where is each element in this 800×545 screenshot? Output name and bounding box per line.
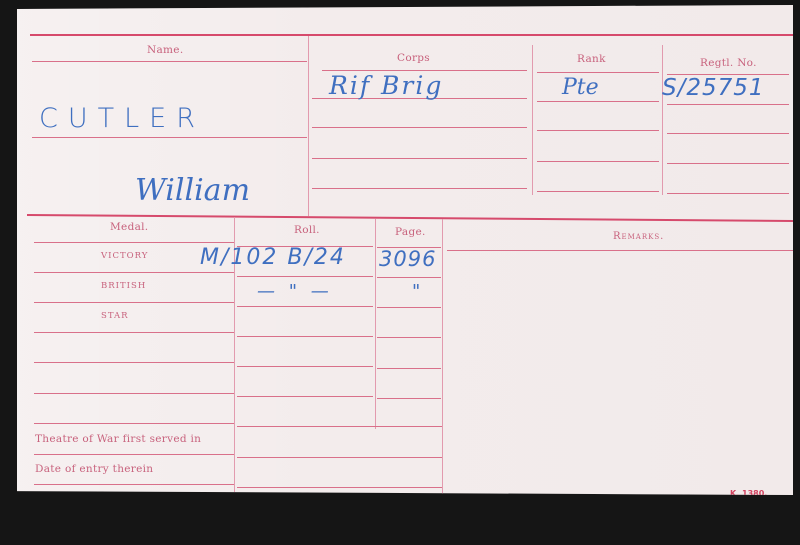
british-page-entry: " xyxy=(412,281,420,302)
rank-rule-2 xyxy=(537,101,659,102)
page-rule-2 xyxy=(377,277,441,278)
medal-rule-8 xyxy=(34,454,234,455)
corps-entry: Rif Brig xyxy=(329,71,443,100)
victory-page-entry: 3096 xyxy=(379,247,436,271)
page-header: Page. xyxy=(395,226,426,238)
regt-rule-2 xyxy=(667,104,789,105)
corps-header: Corps xyxy=(397,52,430,64)
regt-no-entry: S/25751 xyxy=(662,75,765,101)
rank-regt-divider xyxy=(662,45,663,195)
roll-rule-9 xyxy=(237,487,442,488)
page-rule-5 xyxy=(377,368,441,369)
page-rule-4 xyxy=(377,337,441,338)
corps-rule-3 xyxy=(312,127,527,128)
medal-label-victory: Victory xyxy=(101,251,148,261)
name-header: Name. xyxy=(147,44,183,56)
name-rule-1 xyxy=(32,61,307,62)
medal-rule-9 xyxy=(34,484,234,485)
name-rule-2 xyxy=(32,137,307,138)
name-corps-divider xyxy=(308,36,309,216)
medal-rule-3 xyxy=(34,302,234,303)
medal-rule-4 xyxy=(34,332,234,333)
corps-rank-divider xyxy=(532,45,533,195)
roll-rule-6 xyxy=(237,396,373,397)
roll-header: Roll. xyxy=(294,224,320,236)
surname-entry: CUTLER xyxy=(39,103,205,134)
top-rule xyxy=(30,34,793,36)
forename-entry: William xyxy=(135,173,250,208)
corps-rule-5 xyxy=(312,188,527,189)
medal-rule-5 xyxy=(34,362,234,363)
regt-rule-4 xyxy=(667,163,789,164)
roll-rule-5 xyxy=(237,366,373,367)
british-roll-entry: — " — xyxy=(257,281,333,302)
rank-rule-4 xyxy=(537,161,659,162)
page-rule-3 xyxy=(377,307,441,308)
medal-rule-6 xyxy=(34,393,234,394)
regt-no-header: Regtl. No. xyxy=(700,57,757,69)
rank-header: Rank xyxy=(577,53,606,65)
corps-rule-4 xyxy=(312,158,527,159)
medal-label-star: Star xyxy=(101,311,129,321)
medal-rule-7 xyxy=(34,423,234,424)
roll-rule-4 xyxy=(237,336,373,337)
roll-page-divider xyxy=(375,219,376,429)
regt-rule-5 xyxy=(667,193,789,194)
page-rule-6 xyxy=(377,398,441,399)
victory-roll-entry: M/102 B/24 xyxy=(200,245,346,270)
roll-rule-3 xyxy=(237,306,373,307)
roll-rule-2 xyxy=(237,276,373,277)
rank-rule-5 xyxy=(537,191,659,192)
date-label: Date of entry therein xyxy=(35,463,153,475)
roll-rule-8 xyxy=(237,457,442,458)
theatre-label: Theatre of War first served in xyxy=(35,433,201,445)
page-remarks-divider xyxy=(442,219,443,494)
regt-rule-3 xyxy=(667,133,789,134)
rank-rule-3 xyxy=(537,130,659,131)
form-number: K. 1380. xyxy=(730,489,767,498)
medal-index-card: Name. Corps Rank Regtl. No. CUTLER Willi… xyxy=(17,5,793,495)
medal-header: Medal. xyxy=(110,221,148,233)
rank-rule-1 xyxy=(537,72,659,73)
remarks-rule-1 xyxy=(447,250,793,251)
medal-rule-1 xyxy=(34,242,234,243)
medal-rule-2 xyxy=(34,272,234,273)
roll-rule-7 xyxy=(237,426,442,427)
medal-label-british: British xyxy=(101,281,146,291)
rank-entry: Pte xyxy=(562,75,599,100)
remarks-header: Remarks. xyxy=(613,231,664,242)
